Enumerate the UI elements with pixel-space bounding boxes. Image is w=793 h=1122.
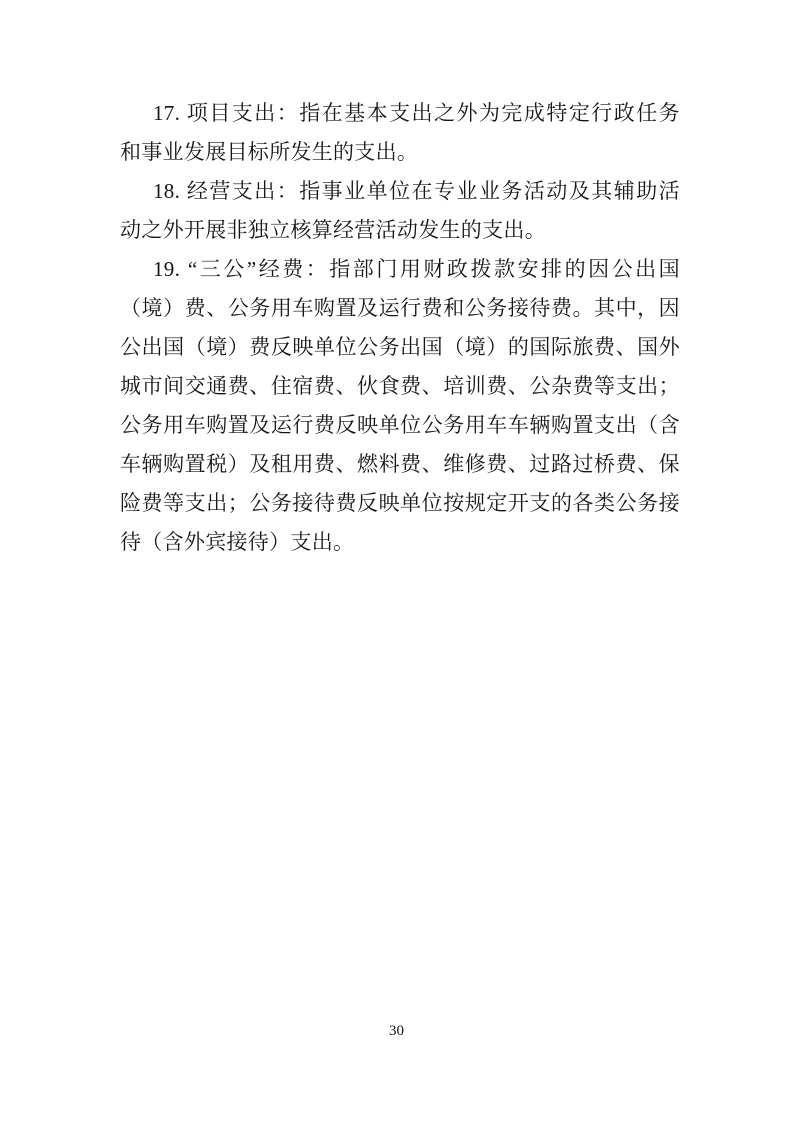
paragraph-item-19: 19. “三公”经费：指部门用财政拨款安排的因公出国（境）费、公务用车购置及运行…	[120, 250, 680, 562]
text-line: 17. 项目支出：指在基本支出之外为完成特定行政任务	[120, 94, 680, 133]
text-line: 19. “三公”经费：指部门用财政拨款安排的因公出国	[120, 250, 680, 289]
paragraph-item-18: 18. 经营支出：指事业单位在专业业务活动及其辅助活动之外开展非独立核算经营活动…	[120, 172, 680, 250]
document-page: 17. 项目支出：指在基本支出之外为完成特定行政任务和事业发展目标所发生的支出。…	[0, 0, 793, 1122]
text-line: 待（含外宾接待）支出。	[120, 523, 680, 562]
text-line: 车辆购置税）及租用费、燃料费、维修费、过路过桥费、保	[120, 445, 680, 484]
body-text: 17. 项目支出：指在基本支出之外为完成特定行政任务和事业发展目标所发生的支出。…	[120, 94, 680, 562]
paragraph-item-17: 17. 项目支出：指在基本支出之外为完成特定行政任务和事业发展目标所发生的支出。	[120, 94, 680, 172]
text-line: 城市间交通费、住宿费、伙食费、培训费、公杂费等支出；	[120, 367, 680, 406]
page-number: 30	[0, 1020, 793, 1042]
text-line: 公出国（境）费反映单位公务出国（境）的国际旅费、国外	[120, 328, 680, 367]
text-line: 18. 经营支出：指事业单位在专业业务活动及其辅助活	[120, 172, 680, 211]
text-line: 公务用车购置及运行费反映单位公务用车车辆购置支出（含	[120, 406, 680, 445]
text-line: 险费等支出；公务接待费反映单位按规定开支的各类公务接	[120, 484, 680, 523]
text-line: （境）费、公务用车购置及运行费和公务接待费。其中，因	[120, 289, 680, 328]
text-line: 动之外开展非独立核算经营活动发生的支出。	[120, 211, 680, 250]
text-line: 和事业发展目标所发生的支出。	[120, 133, 680, 172]
